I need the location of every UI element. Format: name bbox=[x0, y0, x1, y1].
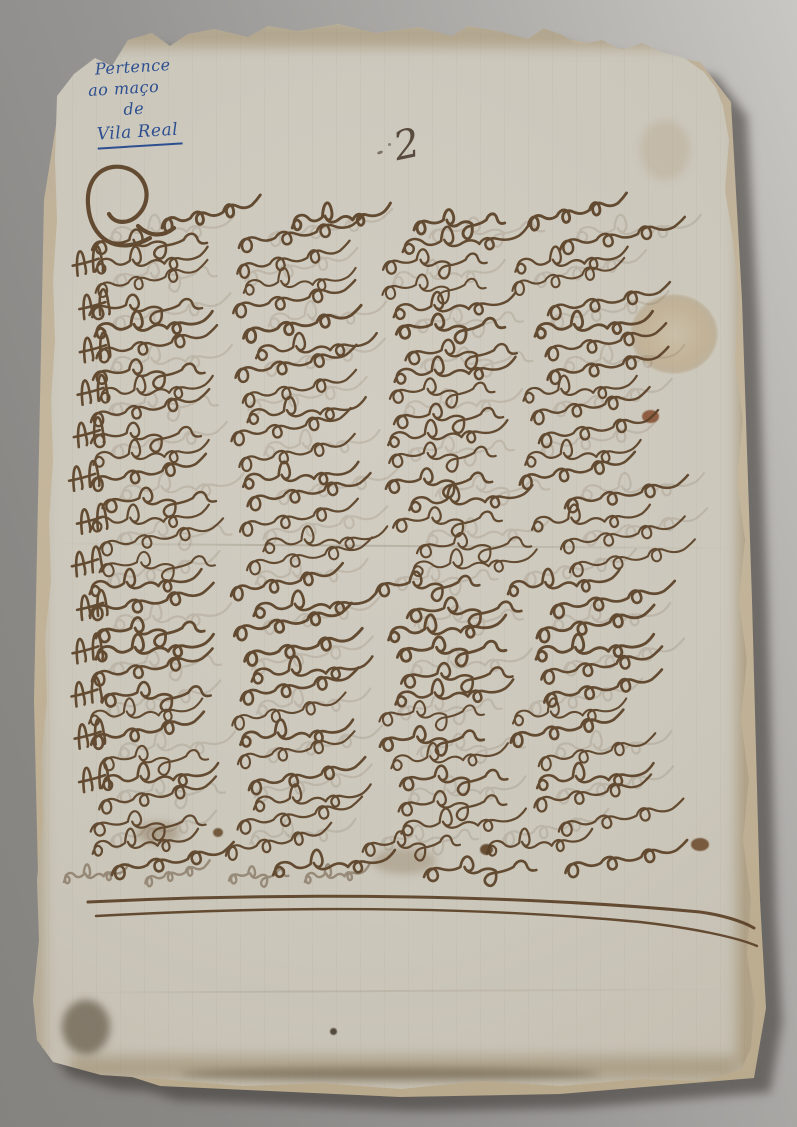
bottom-edge-shading bbox=[70, 1056, 737, 1080]
ink-blot bbox=[642, 410, 659, 423]
speck bbox=[330, 1028, 337, 1035]
ink-smudge bbox=[372, 848, 436, 874]
ink-blot bbox=[691, 838, 709, 851]
corner-grime bbox=[62, 1000, 110, 1054]
fold-crease bbox=[70, 988, 727, 993]
top-edge-shading bbox=[50, 20, 747, 48]
fold-crease bbox=[55, 543, 742, 550]
archival-note-line: de bbox=[123, 96, 181, 120]
archival-note: Pertence ao maço de Vila Real bbox=[94, 55, 183, 150]
ink-blot bbox=[480, 844, 493, 855]
ink-smudge bbox=[136, 822, 180, 844]
bottom-edge-grime bbox=[180, 1068, 600, 1080]
photograph-background: Pertence ao maço de Vila Real 2 bbox=[0, 0, 797, 1127]
foxing-spot bbox=[640, 120, 690, 180]
ink-speck bbox=[388, 143, 391, 146]
ink-blot bbox=[213, 828, 223, 837]
archival-note-underlined: Vila Real bbox=[96, 119, 183, 150]
water-stain bbox=[630, 294, 718, 374]
